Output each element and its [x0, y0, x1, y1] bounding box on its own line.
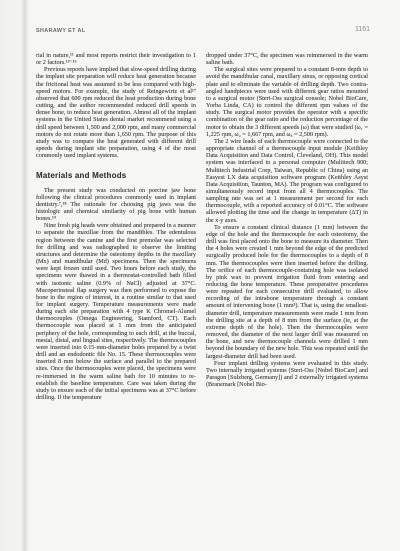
section-heading-materials-and-methods: Materials and Methods: [36, 172, 196, 179]
paragraph-nine-pig-heads: Nine fresh pig heads were obtained and p…: [36, 222, 196, 401]
right-column: dropped under 37°C, the specimen was rei…: [206, 52, 368, 388]
paragraph-four-systems: Four implant drilling systems were evalu…: [206, 360, 368, 389]
page-gutter-shadow: [21, 0, 29, 551]
running-head: SHARAWY ET AL: [36, 28, 86, 34]
paragraph-constant-distance: To ensure a constant clinical distance (…: [206, 224, 368, 360]
scanned-paper-page: SHARAWY ET AL 1161 rial in nature,¹¹ and…: [0, 0, 400, 551]
paragraph-wire-leads: The 2 wire leads of each thermocouple we…: [206, 138, 368, 224]
page-number: 1161: [355, 26, 370, 33]
paragraph-present-study: The present study was conducted on porci…: [36, 187, 196, 223]
paragraph-continuation-right: dropped under 37°C, the specimen was rei…: [206, 52, 368, 66]
paragraph-surgical-sites: The surgical sites were prepared to a co…: [206, 66, 368, 138]
left-column: rial in nature,¹¹ and most reports restr…: [36, 52, 196, 401]
paragraph-previous-reports: Previous reports have implied that slow-…: [36, 66, 196, 159]
paragraph-continuation: rial in nature,¹¹ and most reports restr…: [36, 52, 196, 66]
